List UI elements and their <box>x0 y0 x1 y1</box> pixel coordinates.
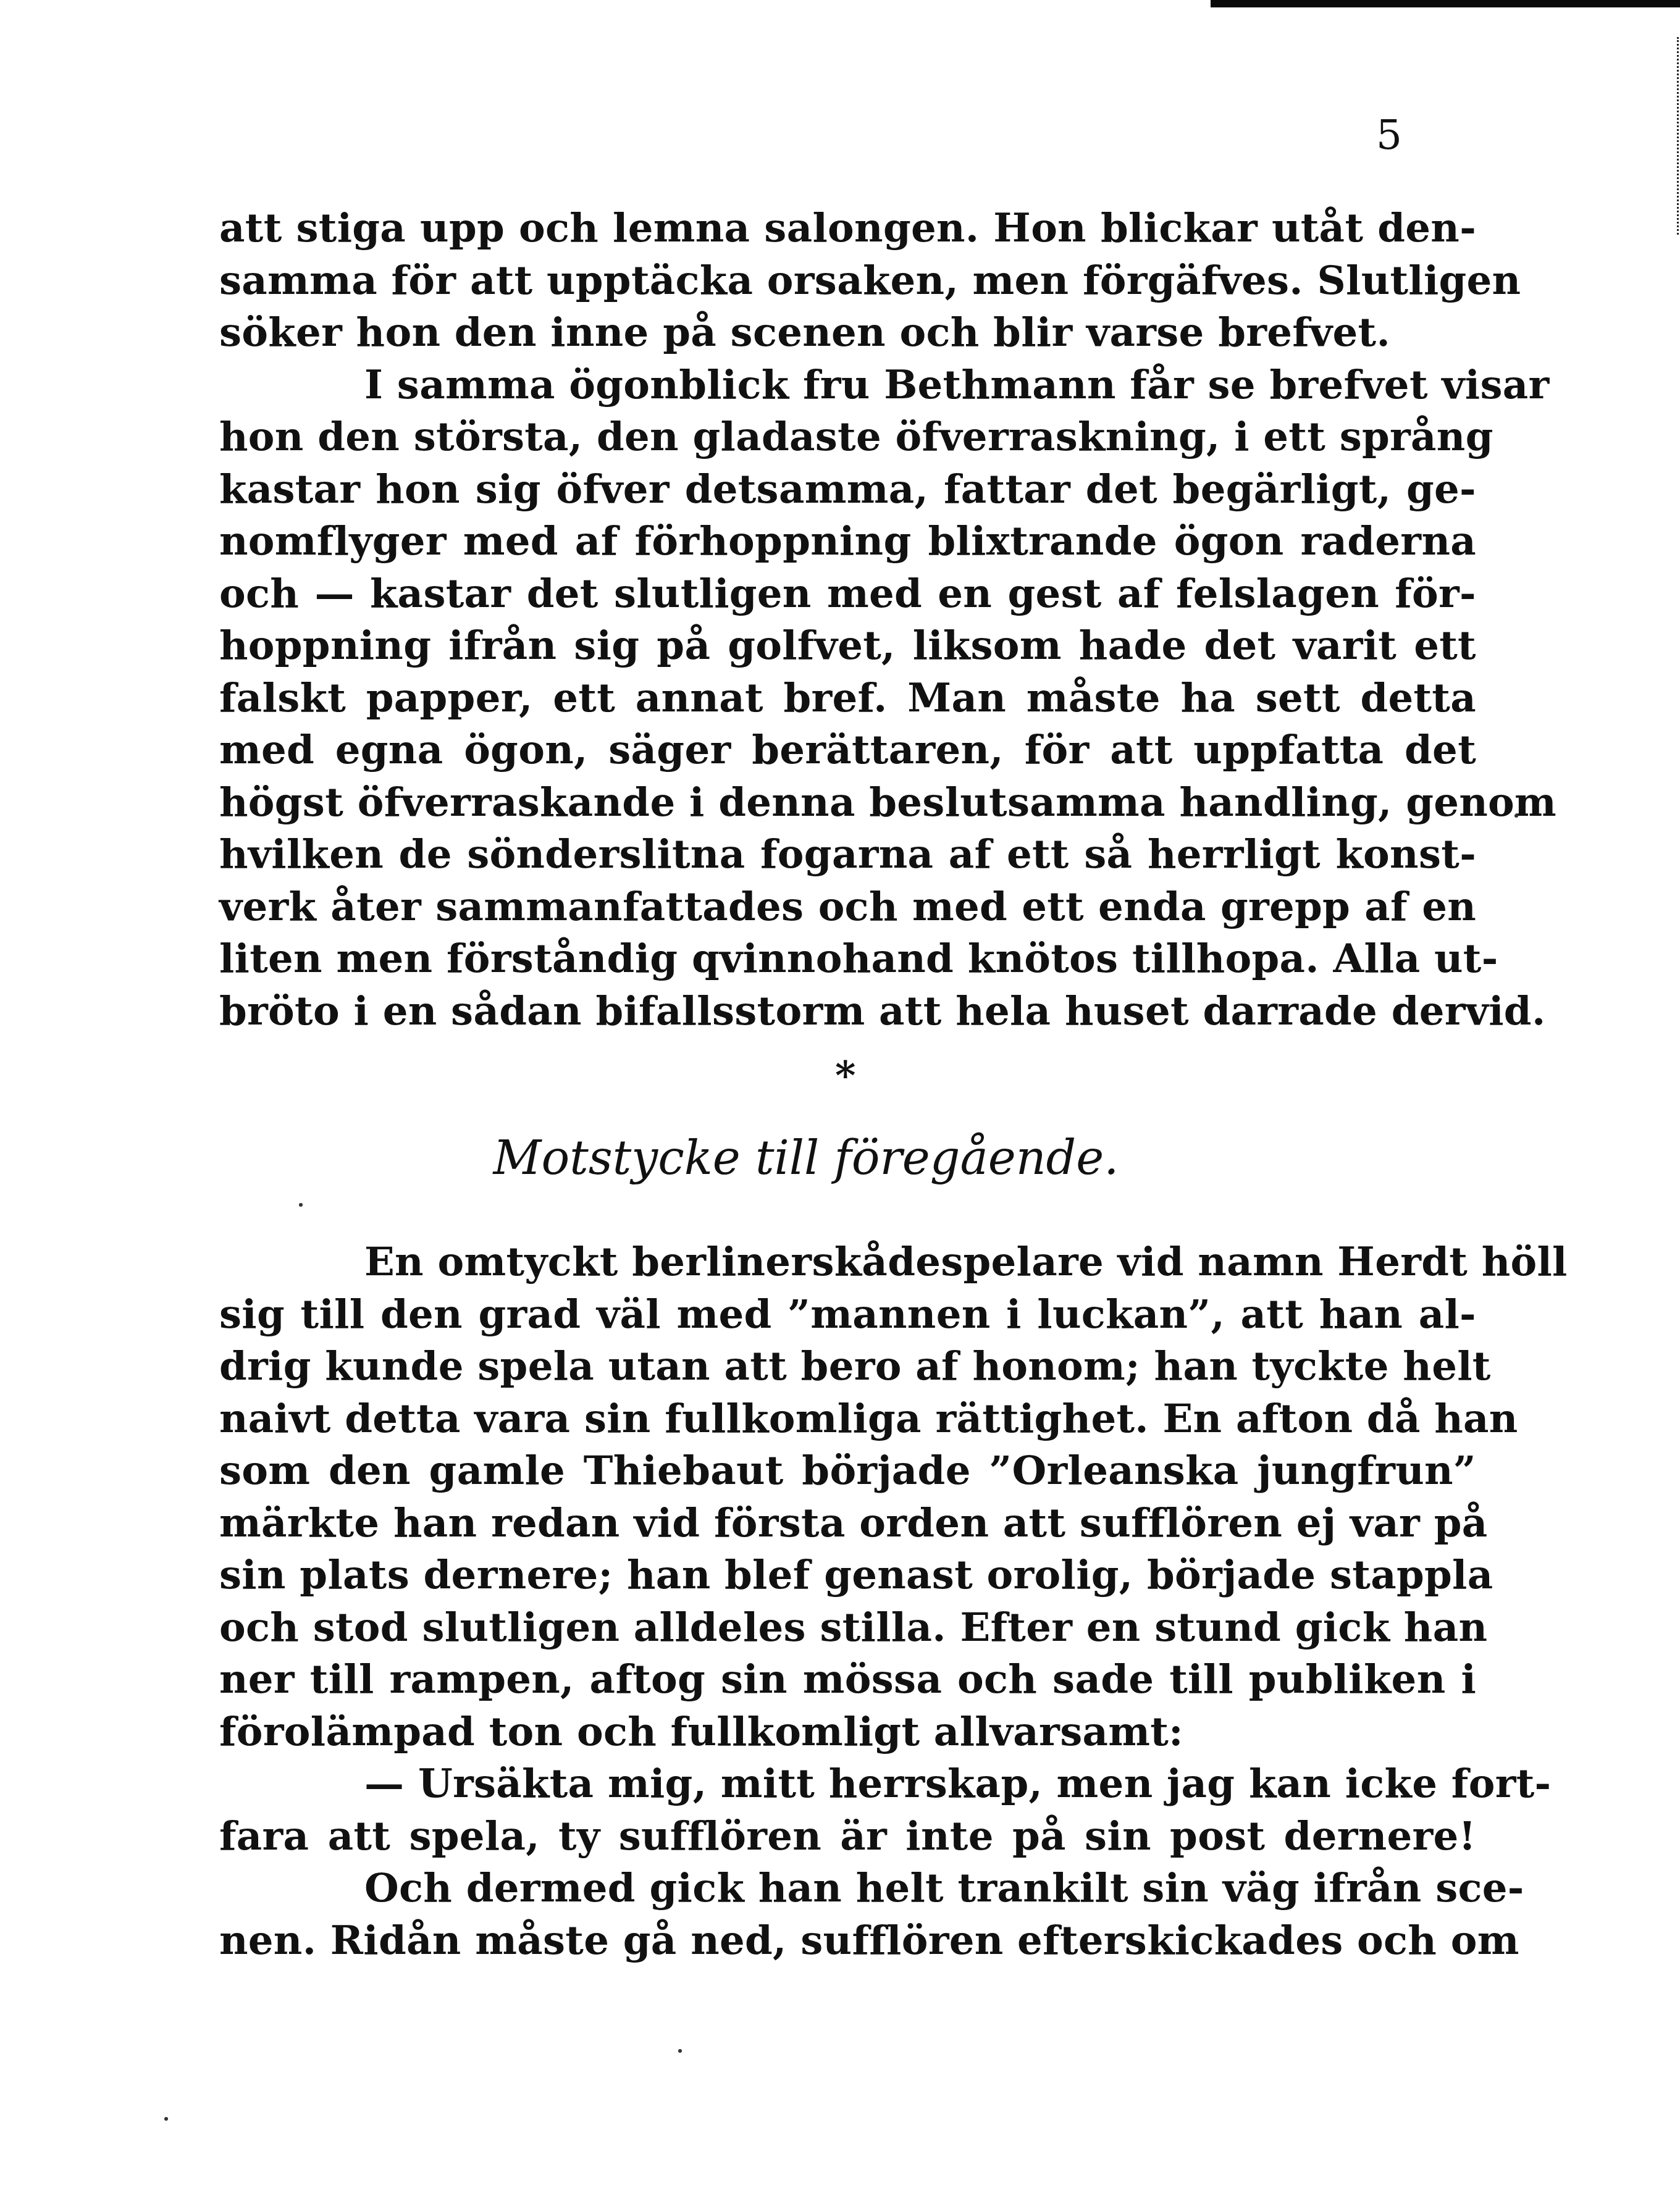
text-line: hvilken de sönderslitna fogarna af ett s… <box>219 829 1476 881</box>
scan-speck <box>1514 814 1518 818</box>
text-line: naivt detta vara sin fullkomliga rättigh… <box>219 1393 1476 1446</box>
section-2-text: En omtyckt berlinerskådespelare vid namn… <box>219 1236 1476 1967</box>
paragraph-start-line: I samma ögonblick fru Bethmann får se br… <box>219 359 1476 412</box>
text-line: söker hon den inne på scenen och blir va… <box>219 307 1476 359</box>
text-line: samma för att upptäcka orsaken, men förg… <box>219 255 1476 308</box>
dialogue-line: — Ursäkta mig, mitt herrskap, men jag ka… <box>219 1758 1476 1811</box>
text-line: drig kunde spela utan att bero af honom;… <box>219 1341 1476 1393</box>
text-line: falskt papper, ett annat bref. Man måste… <box>219 673 1476 725</box>
text-line: verk åter sammanfattades och med ett end… <box>219 881 1476 934</box>
text-line: och stod slutligen alldeles stilla. Efte… <box>219 1602 1476 1654</box>
text-line: nomflyger med af förhoppning blixtrande … <box>219 516 1476 568</box>
text-line: märkte han redan vid första orden att su… <box>219 1498 1476 1550</box>
text-line: hon den största, den gladaste öfverraskn… <box>219 411 1476 464</box>
text-line: förolämpad ton och fullkomligt allvarsam… <box>219 1706 1476 1759</box>
section-heading: Motstycke till föregående. <box>0 1130 1680 1185</box>
text-line: och — kastar det slutligen med en gest a… <box>219 568 1476 621</box>
text-line: sin plats dernere; han blef genast oroli… <box>219 1549 1476 1602</box>
text-line: liten men förståndig qvinnohand knötos t… <box>219 933 1476 986</box>
section-separator-asterisk: * <box>835 1053 855 1099</box>
text-line: kastar hon sig öfver detsamma, fattar de… <box>219 464 1476 516</box>
section-1-text: att stiga upp och lemna salongen. Hon bl… <box>219 203 1476 1037</box>
text-line: ner till rampen, aftog sin mössa och sad… <box>219 1654 1476 1706</box>
paragraph-start-line: Och dermed gick han helt trankilt sin vä… <box>219 1863 1476 1915</box>
text-line: hoppning ifrån sig på golfvet, liksom ha… <box>219 620 1476 673</box>
paragraph-start-line: En omtyckt berlinerskådespelare vid namn… <box>219 1236 1476 1289</box>
text-line: fara att spela, ty sufflören är inte på … <box>219 1811 1476 1863</box>
text-line: som den gamle Thiebaut började ”Orleansk… <box>219 1445 1476 1498</box>
scan-speck <box>678 2049 682 2053</box>
scan-border <box>1211 0 1680 7</box>
text-line: bröto i en sådan bifallsstorm att hela h… <box>219 986 1476 1038</box>
text-line: med egna ögon, säger berättaren, för att… <box>219 724 1476 777</box>
text-line: nen. Ridån måste gå ned, sufflören efter… <box>219 1915 1476 1968</box>
text-line: sig till den grad väl med ”mannen i luck… <box>219 1289 1476 1341</box>
scan-speck <box>164 2117 168 2121</box>
page-number: 5 <box>1376 111 1402 159</box>
text-line: att stiga upp och lemna salongen. Hon bl… <box>219 203 1476 255</box>
text-line: högst öfverraskande i denna beslutsamma … <box>219 777 1476 829</box>
scan-edge <box>1674 37 1679 235</box>
scan-speck <box>299 1203 303 1207</box>
section-heading-text: Motstycke till föregående. <box>493 1130 1119 1185</box>
